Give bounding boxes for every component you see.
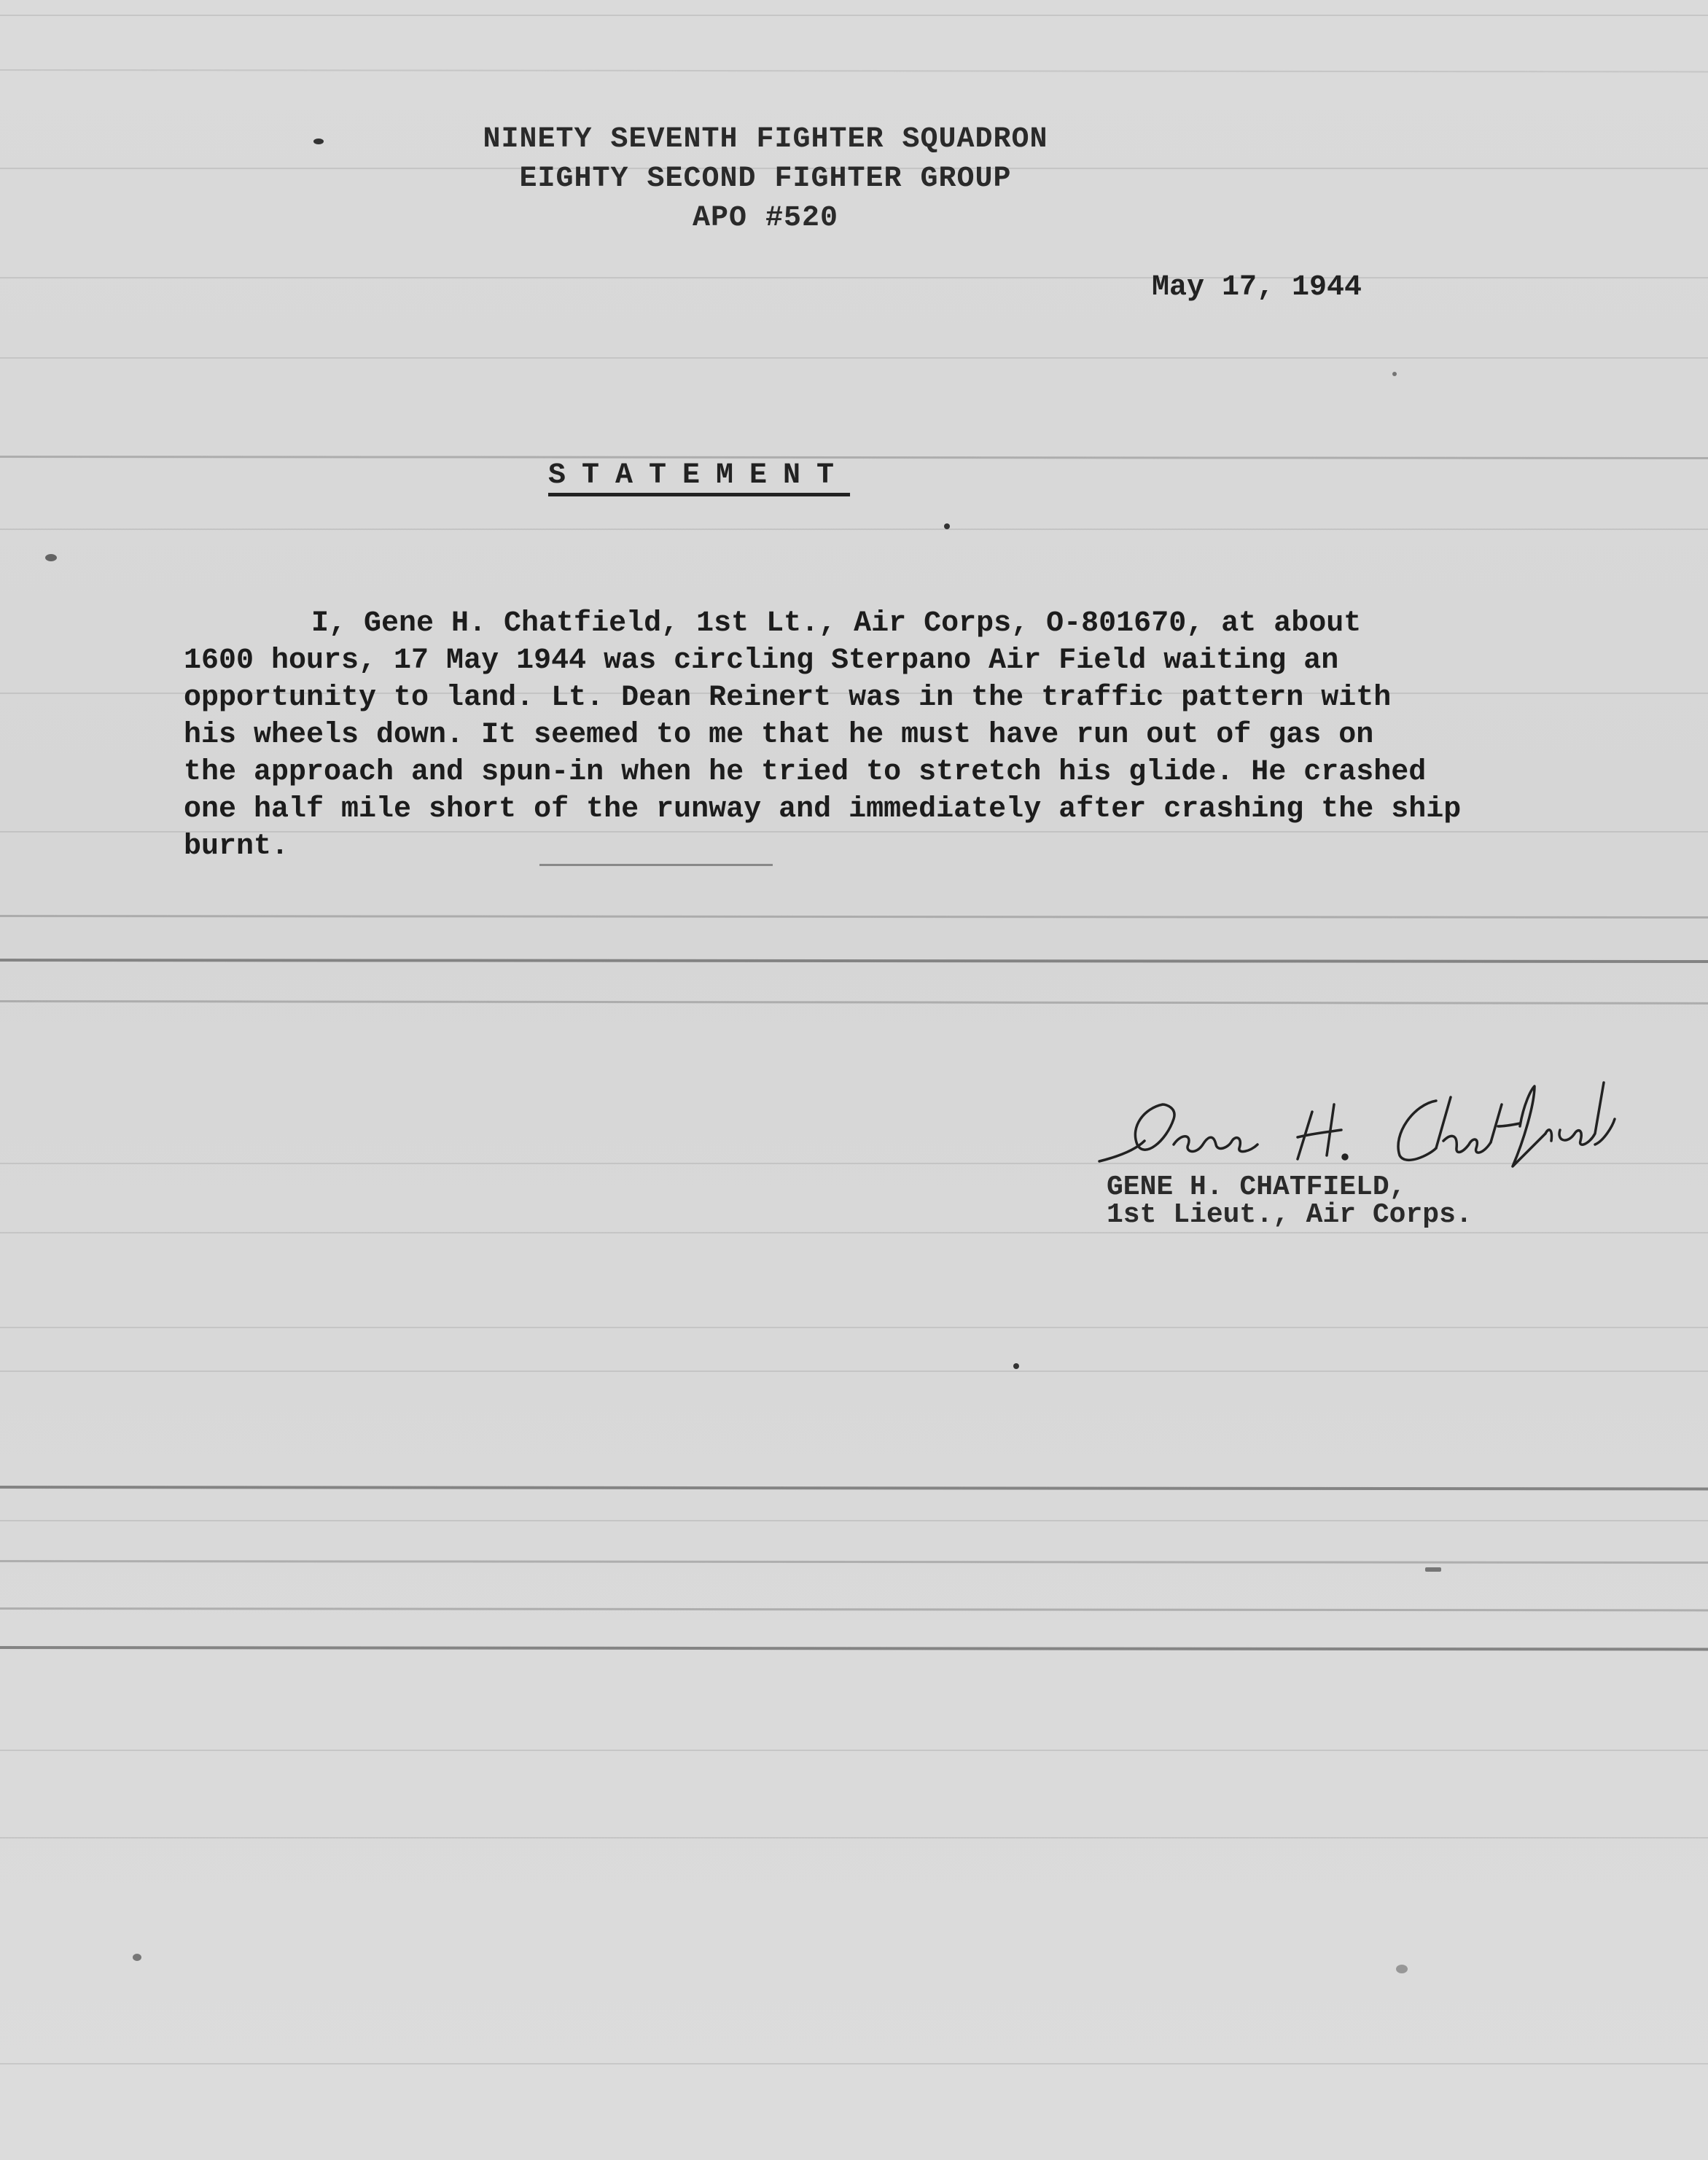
ruled-line [0, 1607, 1708, 1611]
ruled-line [0, 1646, 1708, 1650]
document-page: NINETY SEVENTH FIGHTER SQUADRON EIGHTY S… [0, 0, 1708, 2160]
ruled-line [0, 1000, 1708, 1005]
scan-artifact [1013, 1363, 1019, 1369]
signature-block: GENE H. CHATFIELD, 1st Lieut., Air Corps… [1107, 1174, 1473, 1229]
letterhead: NINETY SEVENTH FIGHTER SQUADRON EIGHTY S… [467, 120, 1064, 238]
ruled-line [0, 69, 1708, 72]
body-line: 1600 hours, 17 May 1944 was circling Ste… [184, 642, 1569, 679]
body-line: I, Gene H. Chatfield, 1st Lt., Air Corps… [184, 605, 1569, 642]
ruled-line [0, 915, 1708, 919]
ruled-line [0, 357, 1708, 359]
ruled-line [0, 456, 1708, 459]
ruled-line [0, 1837, 1708, 1839]
scan-artifact [45, 554, 57, 561]
signatory-name: GENE H. CHATFIELD, [1107, 1174, 1473, 1201]
scan-artifact [133, 1954, 141, 1961]
body-line: one half mile short of the runway and im… [184, 791, 1569, 828]
ruled-line [0, 1750, 1708, 1751]
typed-underline-mark [539, 864, 773, 866]
ruled-line [0, 15, 1708, 16]
ruled-line [0, 277, 1708, 278]
document-date: May 17, 1944 [1152, 271, 1362, 304]
scan-artifact [1396, 1965, 1408, 1973]
ruled-line [0, 529, 1708, 530]
body-line: opportunity to land. Lt. Dean Reinert wa… [184, 679, 1569, 717]
document-title: STATEMENT [548, 459, 850, 492]
scan-artifact [944, 523, 950, 529]
ruled-line [0, 1371, 1708, 1372]
signature-scribble-icon [1093, 1075, 1618, 1170]
ruled-line [0, 959, 1708, 963]
scan-artifact [1425, 1567, 1441, 1572]
body-line: his wheels down. It seemed to me that he… [184, 717, 1569, 754]
scan-artifact [313, 139, 324, 144]
body-line: the approach and spun-in when he tried t… [184, 754, 1569, 791]
ruled-line [0, 1486, 1708, 1490]
scan-artifact [1392, 372, 1397, 376]
ruled-line [0, 1560, 1708, 1564]
ruled-line [0, 1327, 1708, 1328]
handwritten-signature [1093, 1075, 1618, 1170]
ruled-line [0, 1520, 1708, 1521]
ruled-line [0, 2063, 1708, 2065]
body-line: burnt. [184, 828, 1569, 865]
letterhead-squadron: NINETY SEVENTH FIGHTER SQUADRON [467, 120, 1064, 160]
letterhead-apo: APO #520 [467, 199, 1064, 238]
statement-body: I, Gene H. Chatfield, 1st Lt., Air Corps… [184, 605, 1569, 865]
signatory-rank: 1st Lieut., Air Corps. [1107, 1201, 1473, 1229]
ruled-line [0, 1232, 1708, 1233]
letterhead-group: EIGHTY SECOND FIGHTER GROUP [467, 160, 1064, 199]
